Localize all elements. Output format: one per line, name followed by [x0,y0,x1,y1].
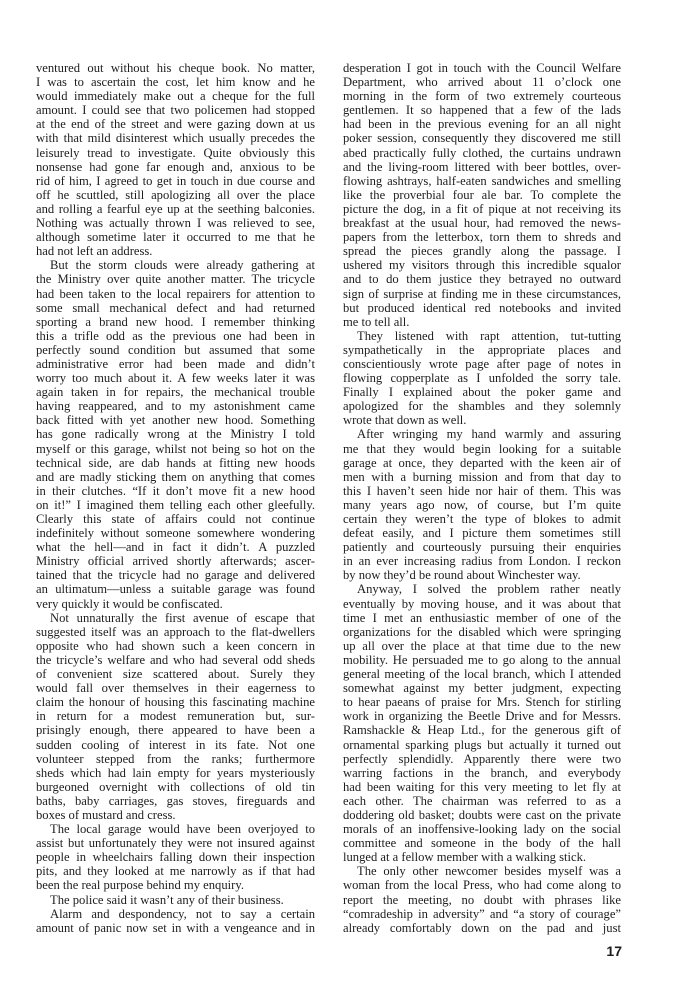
text-line: committee and someone in the body of the… [343,836,621,850]
text-line: the Ministry over quite another matter. … [36,272,315,286]
text-line: wrote that down as well. [343,413,621,427]
text-line: Department, who arrived about 11 o’clock… [343,75,621,89]
text-line: “comradeship in adversity” and “a story … [343,907,621,921]
left-text-column: ventured out without his cheque book. No… [36,61,315,935]
text-line: defeat easily, and I picture them someti… [343,526,621,540]
text-line: what the hell—and in fact it didn’t. A p… [36,540,315,554]
text-line: has gone radically wrong at the Ministry… [36,427,315,441]
text-line: ventured out without his cheque book. No… [36,61,315,75]
text-line: opposite who had shown such a keen conce… [36,639,315,653]
text-line: sporting a brand new hood. I remember th… [36,315,315,329]
text-line: abed practically fully clothed, the curt… [343,146,621,160]
text-line: already comfortably down on the pad and … [343,921,621,935]
text-line: perfectly sound condition but assumed th… [36,343,315,357]
text-line: and the living-room littered with beer b… [343,160,621,174]
text-line: this I haven’t seen hide nor hair of the… [343,484,621,498]
text-line: poker session, consequently they discove… [343,131,621,145]
text-line: I was to ascertain the cost, let him kno… [36,75,315,89]
text-line: They listened with rapt attention, tut-t… [343,329,621,343]
text-line: and to do them justice they betrayed no … [343,272,621,286]
text-line: The police said it wasn’t any of their b… [36,893,315,907]
text-line: in an ever increasing radius from London… [343,554,621,568]
text-line: would immediately make out a cheque for … [36,89,315,103]
text-line: ornamental sparking plugs but actually i… [343,738,621,752]
text-line: although sometime later it occurred to m… [36,230,315,244]
text-line: The local garage would have been overjoy… [36,822,315,836]
text-line: back fitted with yet another new hood. S… [36,413,315,427]
text-line: of convenient size scattered about. Sure… [36,667,315,681]
text-line: worry too much about it. A few weeks lat… [36,371,315,385]
text-line: nonsense had gone far enough and, anxiou… [36,160,315,174]
text-line: very quickly it would be confiscated. [36,597,315,611]
text-line: again taken in for repairs, the mechanic… [36,385,315,399]
text-line: patiently and courteously pursuing their… [343,540,621,554]
text-line: claim the honour of housing this fascina… [36,695,315,709]
text-line: Anyway, I solved the problem rather neat… [343,582,621,596]
text-line: had been waiting for this very meeting t… [343,780,621,794]
text-line: sympathetically in the appropriate place… [343,343,621,357]
text-line: baths, baby carriages, gas stoves, fireg… [36,794,315,808]
text-line: men with a burning mission and from that… [343,470,621,484]
text-line: me to tell all. [343,315,621,329]
text-line: some small mechanical defect and had ret… [36,301,315,315]
text-line: had not left an address. [36,244,315,258]
text-line: doddering old basket; doubts were cast o… [343,808,621,822]
text-line: had been in the previous evening for an … [343,117,621,131]
text-line: But the storm clouds were already gather… [36,258,315,272]
text-line: myself or this garage, whilst not being … [36,442,315,456]
text-line: sudden cooling of interest in its fate. … [36,738,315,752]
text-line: been the real purpose behind my enquiry. [36,878,315,892]
text-line: an ultimatum—unless a suitable garage wa… [36,582,315,596]
text-line: at the end of the street and were gazing… [36,117,315,131]
text-line: The only other newcomer besides myself w… [343,864,621,878]
text-line: on it!” I imagined them telling each oth… [36,498,315,512]
text-line: would fall over themselves in their eage… [36,681,315,695]
text-line: Clearly this state of affairs could not … [36,512,315,526]
text-line: flowing copperplate as I unfolded the so… [343,371,621,385]
text-line: morals of an inoffensive-looking lady on… [343,822,621,836]
text-line: Nothing was actually thrown I was reliev… [36,216,315,230]
text-line: with that mild disinterest which usually… [36,131,315,145]
text-line: by now they’d be round about Winchester … [343,568,621,582]
text-line: volunteer stepped from the ranks; furthe… [36,752,315,766]
text-line: papers from the letterbox, torn them to … [343,230,621,244]
text-line: but produced identical red notebooks and… [343,301,621,315]
text-line: off he scuttled, still apologizing all o… [36,188,315,202]
text-line: Alarm and despondency, not to say a cert… [36,907,315,921]
text-line: Ministry official arrived shortly afterw… [36,554,315,568]
text-line: desperation I got in touch with the Coun… [343,61,621,75]
text-line: spread the pieces grandly along the pass… [343,244,621,258]
text-line: Ramshackle & Heap Ltd., for the generous… [343,723,621,737]
text-line: Not unnaturally the first avenue of esca… [36,611,315,625]
text-line: woman from the local Press, who had come… [343,878,621,892]
text-line: tained that the tricycle had no garage a… [36,568,315,582]
text-line: assist but unfortunately they were not i… [36,836,315,850]
text-line: suggested itself was an approach to the … [36,625,315,639]
text-line: conscientiously wrote page after page of… [343,357,621,371]
text-line: sheds which had lain empty for years mys… [36,766,315,780]
text-line: warring factions in the branch, and ever… [343,766,621,780]
text-line: apologized for the shambles and they sol… [343,399,621,413]
text-line: people in wheelchairs falling down their… [36,850,315,864]
text-line: in their clutches. “If it don’t move fit… [36,484,315,498]
text-line: lunged at a fellow member with a walking… [343,850,621,864]
text-line: eventually by moving house, and it was a… [343,597,621,611]
text-line: perfectly splendidly. Apparently there w… [343,752,621,766]
text-line: the tricycle’s welfare and who had sever… [36,653,315,667]
text-line: leisurely tread to investigate. Quite ob… [36,146,315,160]
text-line: morning in the form of two extremely cou… [343,89,621,103]
text-line: this a trifle odd as the previous one ha… [36,329,315,343]
text-line: gentlemen. It so happened that a few of … [343,103,621,117]
page-number: 17 [596,943,622,959]
text-line: certain they weren’t the type of blokes … [343,512,621,526]
text-line: boxes of mustard and cress. [36,808,315,822]
text-line: amount of panic now set in with a vengea… [36,921,315,935]
text-line: organizations for the disabled which wer… [343,625,621,639]
text-line: had been taken to the local repairers fo… [36,287,315,301]
text-line: up all over the place at that time due t… [343,639,621,653]
text-line: After wringing my hand warmly and assuri… [343,427,621,441]
right-text-column: desperation I got in touch with the Coun… [343,61,621,935]
text-line: sign of surprise at finding me in these … [343,287,621,301]
text-line: prisingly enough, there appeared to have… [36,723,315,737]
text-line: amount. I could see that two policemen h… [36,103,315,117]
text-line: pits, and they looked at me narrowly as … [36,864,315,878]
text-line: technical side, are dab hands at fitting… [36,456,315,470]
text-line: having reappeared, and to my astonishmen… [36,399,315,413]
text-line: time I met an enthusiastic member of one… [343,611,621,625]
text-line: mobility. He persuaded me to go along to… [343,653,621,667]
text-line: to hear paeans of praise for Mrs. Stench… [343,695,621,709]
book-page: ventured out without his cheque book. No… [0,0,690,995]
text-line: ushered my visitors through this incredi… [343,258,621,272]
text-line: indefinitely without someone somewhere w… [36,526,315,540]
text-line: Finally I explained about the poker game… [343,385,621,399]
text-line: and rolling a fearful eye up at the seet… [36,202,315,216]
text-line: in return for a modest remuneration but,… [36,709,315,723]
text-line: burgeoned overnight with collections of … [36,780,315,794]
text-line: somewhat against my better judgment, exp… [343,681,621,695]
text-line: administrative error had been made and d… [36,357,315,371]
text-line: me that they would begin looking for a s… [343,442,621,456]
text-line: general meeting of the local branch, whi… [343,667,621,681]
text-line: rid of him, I agreed to get in touch in … [36,174,315,188]
text-line: picture the dog, in a fit of pique at no… [343,202,621,216]
text-line: report the meeting, no doubt with phrase… [343,893,621,907]
text-line: each other. The chairman was referred to… [343,794,621,808]
text-line: breakfast at the usual hour, had removed… [343,216,621,230]
text-line: and are madly sticking them on anything … [36,470,315,484]
text-line: like the proverbial four ale bar. To com… [343,188,621,202]
text-line: flowing ashtrays, half-eaten sandwiches … [343,174,621,188]
text-line: garage at once, they departed with the k… [343,456,621,470]
text-line: many years ago now, of course, but I’m q… [343,498,621,512]
text-line: work in organizing the Beetle Drive and … [343,709,621,723]
